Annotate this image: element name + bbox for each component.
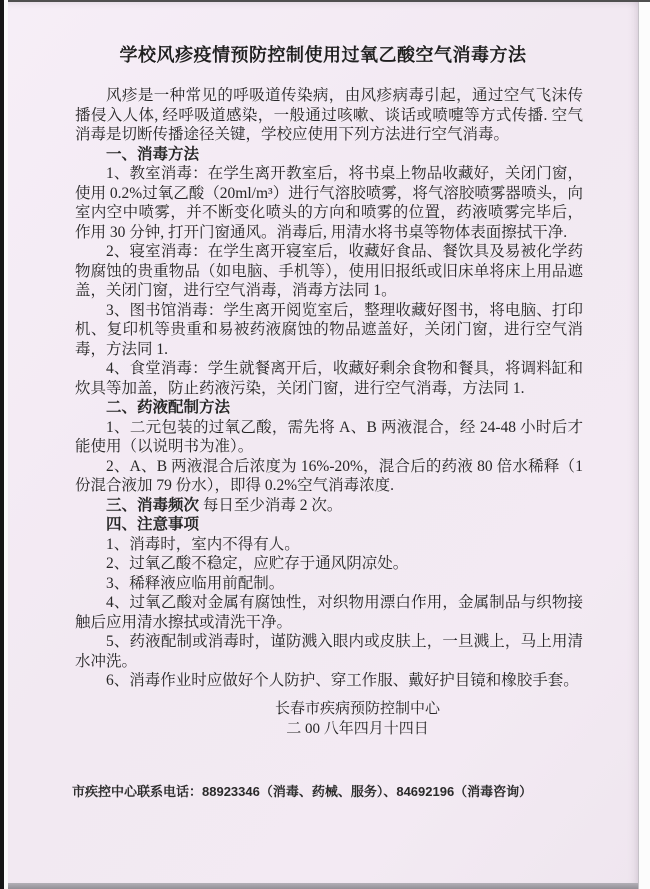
scan-edge-top bbox=[0, 0, 650, 2]
section-4-heading: 四、注意事项 bbox=[75, 515, 583, 535]
page-title: 学校风疹疫情预防控制使用过氧乙酸空气消毒方法 bbox=[8, 41, 638, 67]
signature-date: 二 00 八年四月十四日 bbox=[240, 720, 475, 740]
section-3-text: 每日至少消毒 2 次。 bbox=[199, 497, 342, 514]
classroom-disinfection-item: 1、教室消毒：在学生离开教室后，将书桌上物品收藏好，关闭门窗，使用 0.2%过氧… bbox=[75, 164, 583, 242]
scan-edge-right bbox=[638, 0, 650, 889]
intro-paragraph: 风疹是一种常见的呼吸道传染病，由风疹病毒引起，通过空气飞沫传播侵入人体, 经呼吸… bbox=[75, 86, 583, 145]
scan-edge-left-gap bbox=[4, 0, 8, 889]
note-item-3: 3、稀释液应临用前配制。 bbox=[75, 574, 583, 594]
scan-bottom-bar bbox=[0, 883, 650, 889]
library-disinfection-item: 3、图书馆消毒：学生离开阅览室后，整理收藏好图书，将电脑、打印机、复印机等贵重和… bbox=[75, 301, 583, 360]
signature-org: 长春市疾病预防控制中心 bbox=[240, 700, 475, 720]
solution-dilution-item: 2、A、B 两液混合后浓度为 16%-20%，混合后的药液 80 倍水稀释（1 … bbox=[75, 457, 583, 496]
dormitory-disinfection-item: 2、寝室消毒：在学生离开寝室后，收藏好食品、餐饮具及易被化学药物腐蚀的贵重物品（… bbox=[75, 242, 583, 301]
note-item-4: 4、过氧乙酸对金属有腐蚀性，对织物用漂白作用，金属制品与织物接触后应用清水擦拭或… bbox=[75, 593, 583, 632]
note-item-2: 2、过氧乙酸不稳定，应贮存于通风阴凉处。 bbox=[75, 554, 583, 574]
section-3-line: 三、消毒频次 每日至少消毒 2 次。 bbox=[75, 496, 583, 516]
section-3-heading: 三、消毒频次 bbox=[106, 497, 199, 514]
canteen-disinfection-item: 4、食堂消毒：学生就餐离开后，收藏好剩余食物和餐具，将调料缸和炊具等加盖，防止药… bbox=[75, 359, 583, 398]
note-item-6: 6、消毒作业时应做好个人防护、穿工作服、戴好护目镜和橡胶手套。 bbox=[75, 671, 583, 691]
solution-mixing-item: 1、二元包装的过氧乙酸，需先将 A、B 两液混合，经 24-48 小时后才能使用… bbox=[75, 418, 583, 457]
document-body: 风疹是一种常见的呼吸道传染病，由风疹病毒引起，通过空气飞沫传播侵入人体, 经呼吸… bbox=[75, 86, 583, 691]
note-item-5: 5、药液配制或消毒时，谨防溅入眼内或皮肤上，一旦溅上，马上用清水冲洗。 bbox=[75, 632, 583, 671]
section-1-heading: 一、消毒方法 bbox=[75, 145, 583, 165]
note-item-1: 1、消毒时，室内不得有人。 bbox=[75, 535, 583, 555]
section-2-heading: 二、药液配制方法 bbox=[75, 398, 583, 418]
scan-edge-left bbox=[0, 0, 4, 889]
signature-block: 长春市疾病预防控制中心 二 00 八年四月十四日 bbox=[240, 700, 475, 739]
contact-phone-line: 市疾控中心联系电话：88923346（消毒、药械、服务）、84692196（消毒… bbox=[72, 781, 592, 800]
